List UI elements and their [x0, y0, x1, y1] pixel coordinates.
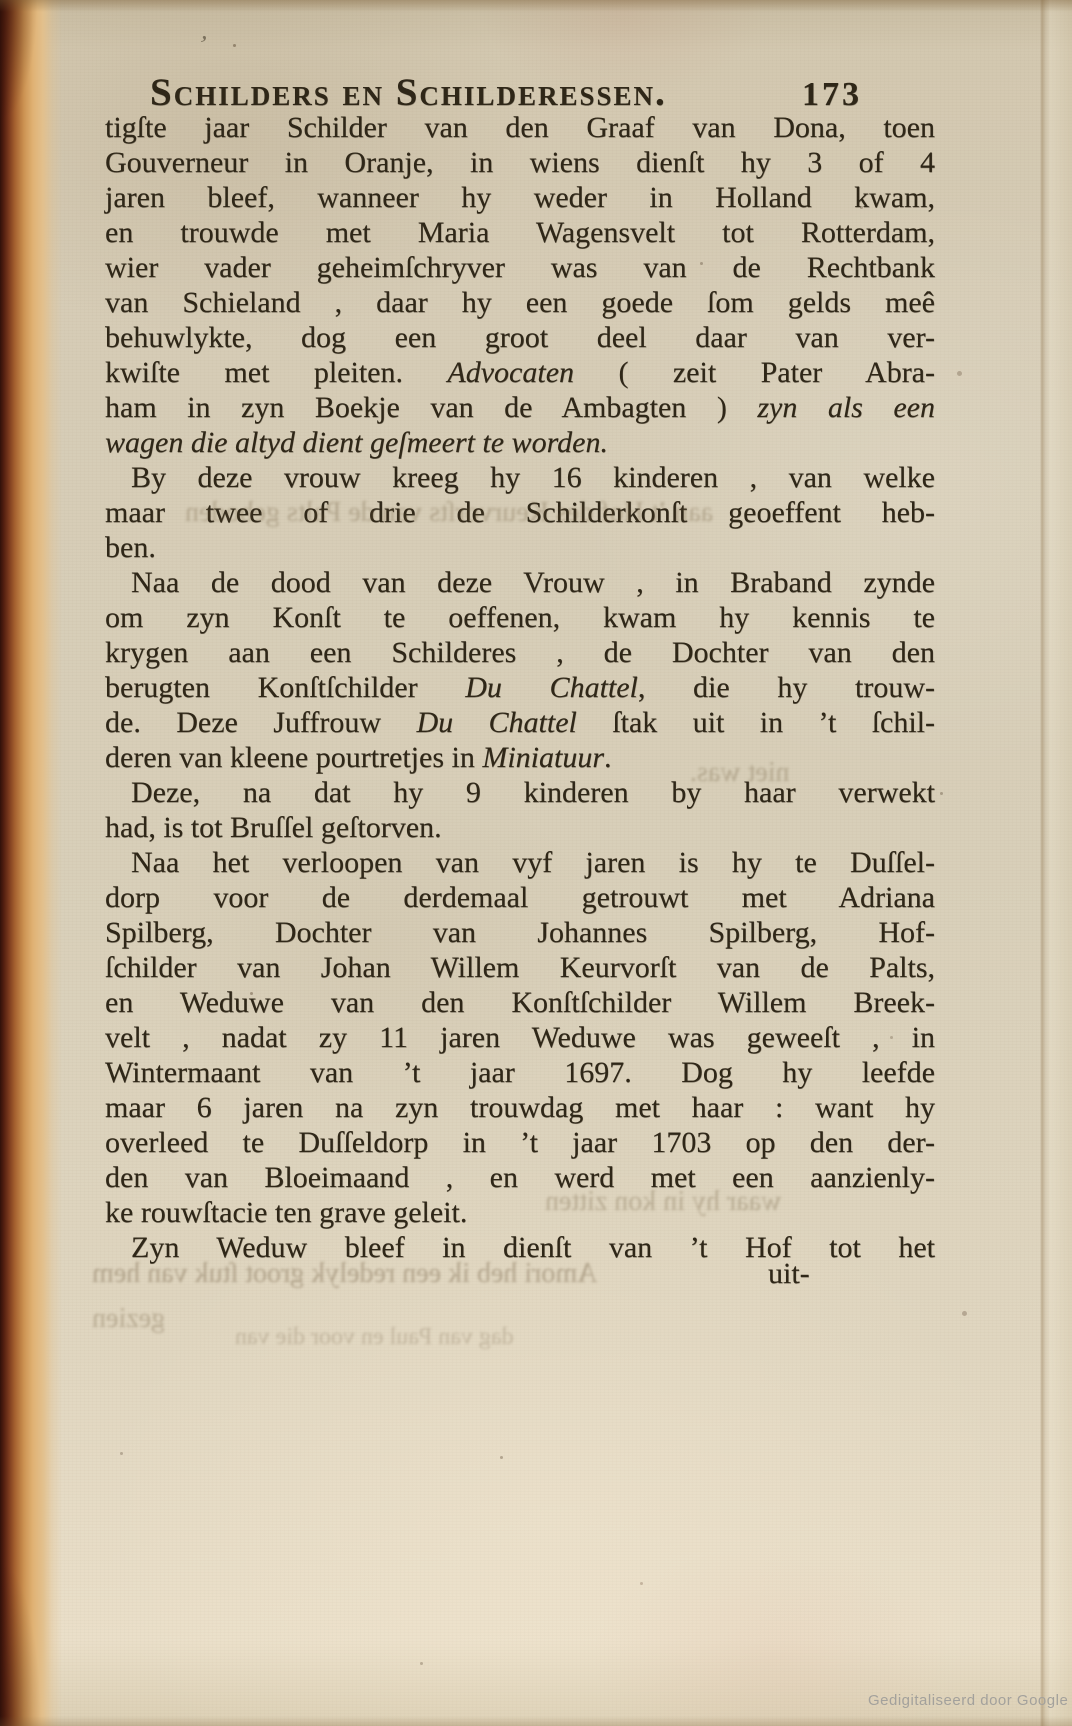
book-binding-edge [0, 0, 62, 1726]
text-line: By deze vrouw kreeg hy 16 kinderen , van… [105, 460, 935, 495]
text-segment: krygen aan een Schilderes , de Dochter v… [105, 636, 935, 669]
bleedthrough-text: dag van Paul en voor die van [235, 1324, 514, 1351]
text-line: kwiſte met pleiten. Advocaten ( zeit Pat… [105, 355, 935, 390]
page-number: 173 [802, 76, 862, 114]
text-line: had, is tot Bruſſel geſtorven. [105, 810, 935, 845]
text-line: Gouverneur in Oranje, in wiens dienſt hy… [105, 145, 935, 180]
catchword: uit- [768, 1256, 810, 1291]
text-segment: en trouwde met Maria Wagensvelt tot Rott… [105, 216, 935, 249]
bleedthrough-text: gezien [92, 1303, 165, 1335]
text-line: en trouwde met Maria Wagensvelt tot Rott… [105, 215, 935, 250]
text-segment: maar 6 jaren na zyn trouwdag met haar : … [105, 1091, 935, 1124]
text-segment: tigſte jaar Schilder van den Graaf van D… [105, 111, 935, 144]
body-text: tigſte jaar Schilder van den Graaf van D… [105, 110, 935, 1265]
text-line: de. Deze Juffrouw Du Chattel ſtak uit in… [105, 705, 935, 740]
text-line: wagen die altyd dient geſmeert te worden… [105, 425, 935, 460]
text-line: den van Bloeimaand , en werd met een aan… [105, 1160, 935, 1195]
text-segment: wier vader geheimſchryver was van de Rec… [105, 251, 935, 284]
text-segment: dorp voor de derdemaal getrouwt met Adri… [105, 881, 935, 914]
italic-text-segment: Advocaten [447, 356, 574, 389]
text-segment: kwiſte met pleiten. [105, 356, 447, 389]
text-segment: ke rouwſtacie ten grave geleit. [105, 1196, 467, 1229]
header-title: Schilders en Schilderessen. [150, 70, 667, 115]
text-segment: , die hy trouw- [638, 671, 935, 704]
text-segment: Deze, na dat hy 9 kinderen by haar verwe… [131, 776, 935, 809]
text-segment: ſchilder van Johan Willem Keurvorſt van … [105, 951, 935, 984]
italic-text-segment: wagen die altyd dient geſmeert te worden… [105, 426, 608, 459]
ink-mark: ’ [194, 29, 210, 60]
text-segment: en Weduwe van den Konſtſchilder Willem B… [105, 986, 935, 1019]
text-segment: Naa het verloopen van vyf jaren is hy te… [131, 846, 935, 879]
text-segment: Gouverneur in Oranje, in wiens dienſt hy… [105, 146, 935, 179]
text-line: Zyn Weduw bleef in dienſt van ’t Hof tot… [105, 1230, 935, 1265]
foxing-specks [0, 0, 3, 3]
page-right-edge [1040, 0, 1072, 1726]
italic-text-segment: zyn als een [757, 391, 935, 424]
italic-text-segment: Du Chattel [416, 706, 576, 739]
text-line: jaren bleef, wanneer hy weder in Holland… [105, 180, 935, 215]
text-segment: By deze vrouw kreeg hy 16 kinderen , van… [131, 461, 935, 494]
text-segment: behuwlykte, dog een groot deel daar van … [105, 321, 935, 354]
text-line: Naa de dood van deze Vrouw , in Braband … [105, 565, 935, 600]
text-segment: overleed te Duſſeldorp in ’t jaar 1703 o… [105, 1126, 935, 1159]
text-line: ben. [105, 530, 935, 565]
text-segment: Wintermaant van ’t jaar 1697. Dog hy lee… [105, 1056, 935, 1089]
text-segment: . [604, 741, 612, 774]
text-line: wier vader geheimſchryver was van de Rec… [105, 250, 935, 285]
text-line: en Weduwe van den Konſtſchilder Willem B… [105, 985, 935, 1020]
text-line: behuwlykte, dog een groot deel daar van … [105, 320, 935, 355]
text-line: ke rouwſtacie ten grave geleit. [105, 1195, 935, 1230]
text-line: maar 6 jaren na zyn trouwdag met haar : … [105, 1090, 935, 1125]
text-segment: ben. [105, 531, 156, 564]
text-line: Spilberg, Dochter van Johannes Spilberg,… [105, 915, 935, 950]
text-line: dorp voor de derdemaal getrouwt met Adri… [105, 880, 935, 915]
text-line: ham in zyn Boekje van de Ambagten ) zyn … [105, 390, 935, 425]
text-line: Deze, na dat hy 9 kinderen by haar verwe… [105, 775, 935, 810]
text-segment: den van Bloeimaand , en werd met een aan… [105, 1161, 935, 1194]
text-line: van Schieland , daar hy een goede ſom ge… [105, 285, 935, 320]
text-line: ſchilder van Johan Willem Keurvorſt van … [105, 950, 935, 985]
text-line: berugten Konſtſchilder Du Chattel, die h… [105, 670, 935, 705]
text-segment: van Schieland , daar hy een goede ſom ge… [105, 286, 935, 319]
text-segment: velt , nadat zy 11 jaren Weduwe was gewe… [105, 1021, 935, 1054]
text-segment: de. Deze Juffrouw [105, 706, 416, 739]
text-line: velt , nadat zy 11 jaren Weduwe was gewe… [105, 1020, 935, 1055]
text-line: maar twee of drie de Schilderkonſt geoef… [105, 495, 935, 530]
book-page-scan: Schilders en Schilderessen. 173 tigſte j… [0, 0, 1072, 1726]
google-watermark: Gedigitaliseerd door Google [868, 1692, 1068, 1709]
text-segment: had, is tot Bruſſel geſtorven. [105, 811, 442, 844]
page-bottom-edge [0, 1716, 1072, 1726]
italic-text-segment: Du Chattel [465, 671, 638, 704]
text-segment: Zyn Weduw bleef in dienſt van ’t Hof tot… [131, 1231, 935, 1264]
text-line: Wintermaant van ’t jaar 1697. Dog hy lee… [105, 1055, 935, 1090]
text-segment: deren van kleene pourtretjes in [105, 741, 482, 774]
text-segment: Naa de dood van deze Vrouw , in Braband … [131, 566, 935, 599]
text-line: tigſte jaar Schilder van den Graaf van D… [105, 110, 935, 145]
italic-text-segment: Miniatuur [482, 741, 604, 774]
text-segment: om zyn Konſt te oeffenen, kwam hy kennis… [105, 601, 935, 634]
page-top-edge [0, 0, 1072, 12]
running-header: Schilders en Schilderessen. 173 [150, 70, 862, 115]
text-segment: jaren bleef, wanneer hy weder in Holland… [105, 181, 935, 214]
text-segment: ham in zyn Boekje van de Ambagten ) [105, 391, 757, 424]
text-line: krygen aan een Schilderes , de Dochter v… [105, 635, 935, 670]
text-segment: Spilberg, Dochter van Johannes Spilberg,… [105, 916, 935, 949]
text-segment: berugten Konſtſchilder [105, 671, 465, 704]
text-line: deren van kleene pourtretjes in Miniatuu… [105, 740, 935, 775]
text-line: Naa het verloopen van vyf jaren is hy te… [105, 845, 935, 880]
text-segment: maar twee of drie de Schilderkonſt geoef… [105, 496, 935, 529]
text-segment: ſtak uit in ’t ſchil- [577, 706, 935, 739]
text-line: overleed te Duſſeldorp in ’t jaar 1703 o… [105, 1125, 935, 1160]
text-segment: ( zeit Pater Abra- [574, 356, 935, 389]
text-line: om zyn Konſt te oeffenen, kwam hy kennis… [105, 600, 935, 635]
